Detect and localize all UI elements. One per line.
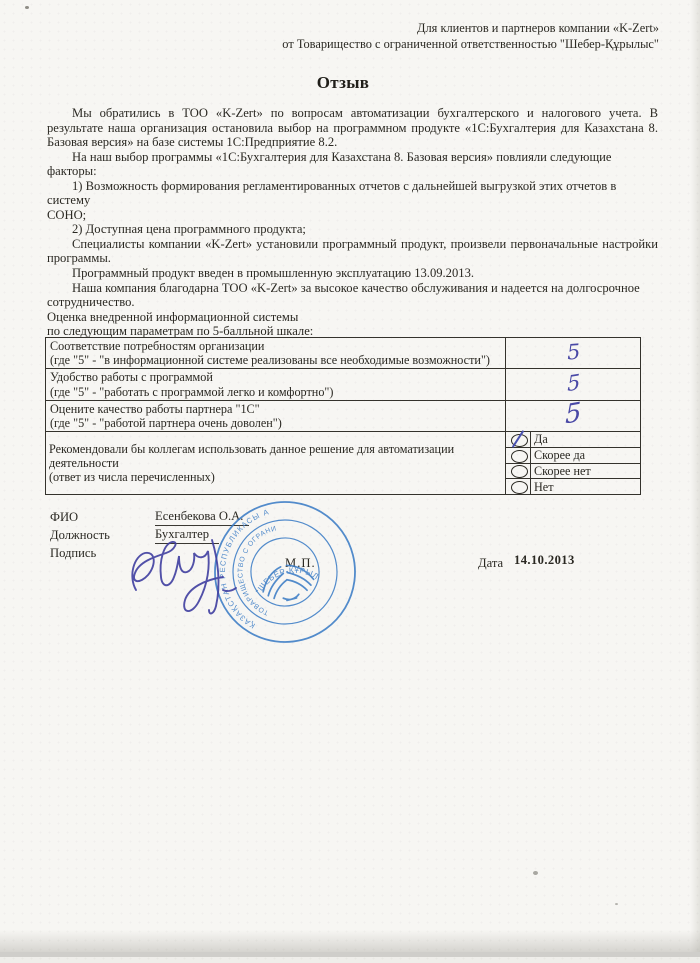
table-row: Соответствие потребностям организации (г… [46,338,641,369]
paragraph: На наш выбор программы «1С:Бухгалтерия д… [47,150,658,179]
paragraph: 2) Доступная цена программного продукта; [47,222,658,237]
scan-edge-right [690,0,700,963]
radio-circle [511,465,528,478]
header-line-sender: от Товарищество с ограниченной ответстве… [100,37,659,53]
page-title: Отзыв [0,73,686,93]
option-circle-cell [506,447,531,463]
score-cell: 5 [506,338,641,369]
option-circle-cell [506,479,531,495]
rating-intro: Оценка внедренной информационной системы… [47,310,658,339]
paragraph: Программный продукт введен в промышленну… [47,266,658,281]
handwritten-signature [126,526,266,626]
score-cell: 5 [506,400,641,431]
signature-label: Подпись [50,546,96,561]
scan-speck [25,6,29,9]
criterion-cell: Удобство работы с программой (где "5" - … [46,369,506,400]
date-value: 14.10.2013 [514,553,575,568]
option-label: Скорее нет [531,463,641,479]
radio-circle [511,481,528,494]
criterion-cell: Оцените качество работы партнера "1С" (г… [46,400,506,431]
recommend-question-cell: Рекомендовали бы коллегам использовать д… [46,432,506,495]
handwritten-score: 5 [567,375,580,391]
paragraph: Специалисты компании «K-Zert» установили… [47,237,658,266]
option-label: Скорее да [531,447,641,463]
option-label: Нет [531,479,641,495]
position-label: Должность [50,528,110,543]
document-body: Мы обратились в ТОО «K-Zert» по вопросам… [47,106,658,339]
criterion-cell: Соответствие потребностям организации (г… [46,338,506,369]
fio-label: ФИО [50,510,78,525]
handwritten-score: 5 [566,344,580,359]
scan-edge-bottom-line [0,952,700,957]
option-circle-cell [506,432,531,448]
table-row: Рекомендовали бы коллегам использовать д… [46,432,641,448]
scan-speck [533,871,538,875]
option-label: Да [531,432,641,448]
date-label: Дата [478,556,503,571]
document-header: Для клиентов и партнеров компании «K-Zer… [100,21,659,52]
scan-edge-bottom [0,930,700,952]
table-row: Удобство работы с программой (где "5" - … [46,369,641,400]
rating-table: Соответствие потребностям организации (г… [45,337,641,495]
paragraph: 1) Возможность формирования регламентиро… [47,179,658,223]
paragraph: Наша компания благодарна ТОО «K-Zert» за… [47,281,658,310]
radio-circle [511,450,528,463]
table-row: Оцените качество работы партнера "1С" (г… [46,400,641,431]
handwritten-score: 5 [565,405,581,422]
option-circle-cell [506,463,531,479]
header-line-recipient: Для клиентов и партнеров компании «K-Zer… [100,21,659,37]
paragraph: Мы обратились в ТОО «K-Zert» по вопросам… [47,106,658,150]
scan-edge-bottom-under [0,957,700,963]
scan-speck [615,903,618,905]
score-cell: 5 [506,369,641,400]
